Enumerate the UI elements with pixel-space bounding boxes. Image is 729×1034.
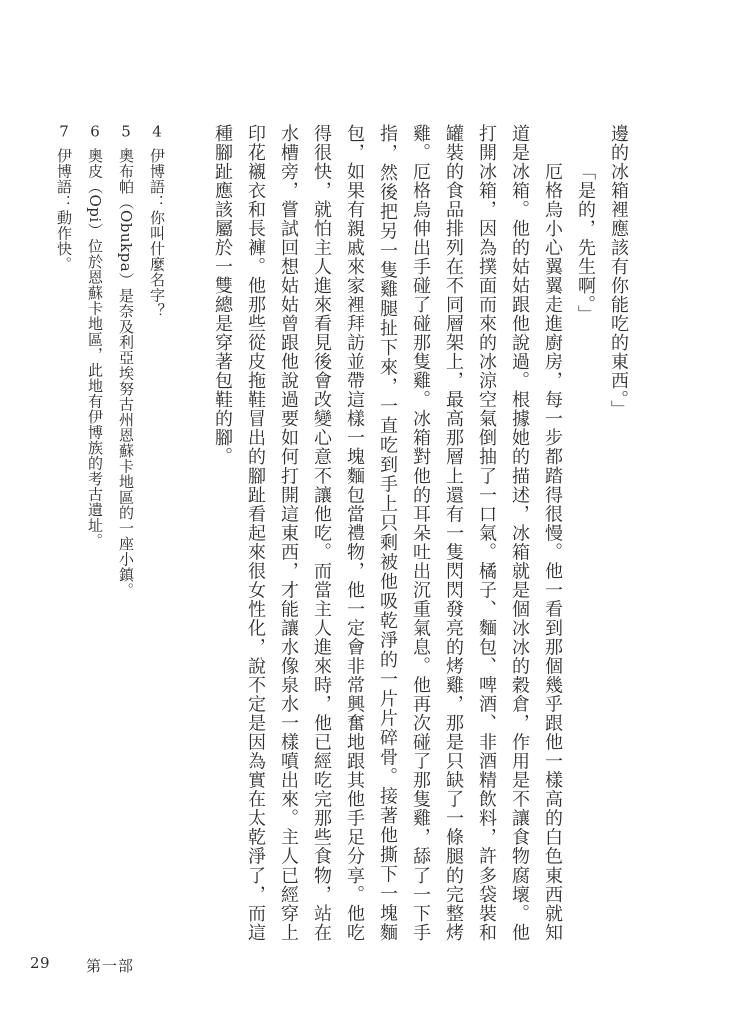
paragraph-dialogue: 「是的，先生啊。」 [569,124,602,942]
footnote: 6奧皮（Opi）位於恩蘇卡地區，此地有伊博族的考古遺址。 [79,124,110,684]
footnote-number: 6 [86,124,104,139]
footnote: 4伊博語：你叫什麼名字？ [141,124,172,684]
footnote: 7伊博語：動作快。 [48,124,79,684]
footnote: 5奧布帕（Obukpa）是奈及利亞埃努古州恩蘇卡地區的一座小鎮。 [110,124,141,684]
book-page: 邊的冰箱裡應該有你能吃的東西。」 「是的，先生啊。」 厄格烏小心翼翼走進廚房，每… [0,0,729,1034]
paragraph-continuation: 邊的冰箱裡應該有你能吃的東西。」 [602,124,635,942]
page-number: 29 [30,954,50,972]
footnotes-block: 4伊博語：你叫什麼名字？ 5奧布帕（Obukpa）是奈及利亞埃努古州恩蘇卡地區的… [48,124,172,684]
part-title: 第一部 [86,955,134,976]
footnote-text: 奧皮（Opi）位於恩蘇卡地區，此地有伊博族的考古遺址。 [86,148,104,548]
main-text-block: 邊的冰箱裡應該有你能吃的東西。」 「是的，先生啊。」 厄格烏小心翼翼走進廚房，每… [206,124,635,942]
footnote-number: 7 [55,124,73,139]
footnote-text: 伊博語：你叫什麼名字？ [148,148,166,319]
footnote-number: 4 [148,124,166,139]
footnote-text: 伊博語：動作快。 [55,148,73,272]
footnote-number: 5 [117,124,135,139]
footnote-text: 奧布帕（Obukpa）是奈及利亞埃努古州恩蘇卡地區的一座小鎮。 [117,148,135,598]
paragraph-body: 厄格烏小心翼翼走進廚房，每一步都踏得很慢。他一看到那個幾乎跟他一樣高的白色東西就… [206,124,569,942]
